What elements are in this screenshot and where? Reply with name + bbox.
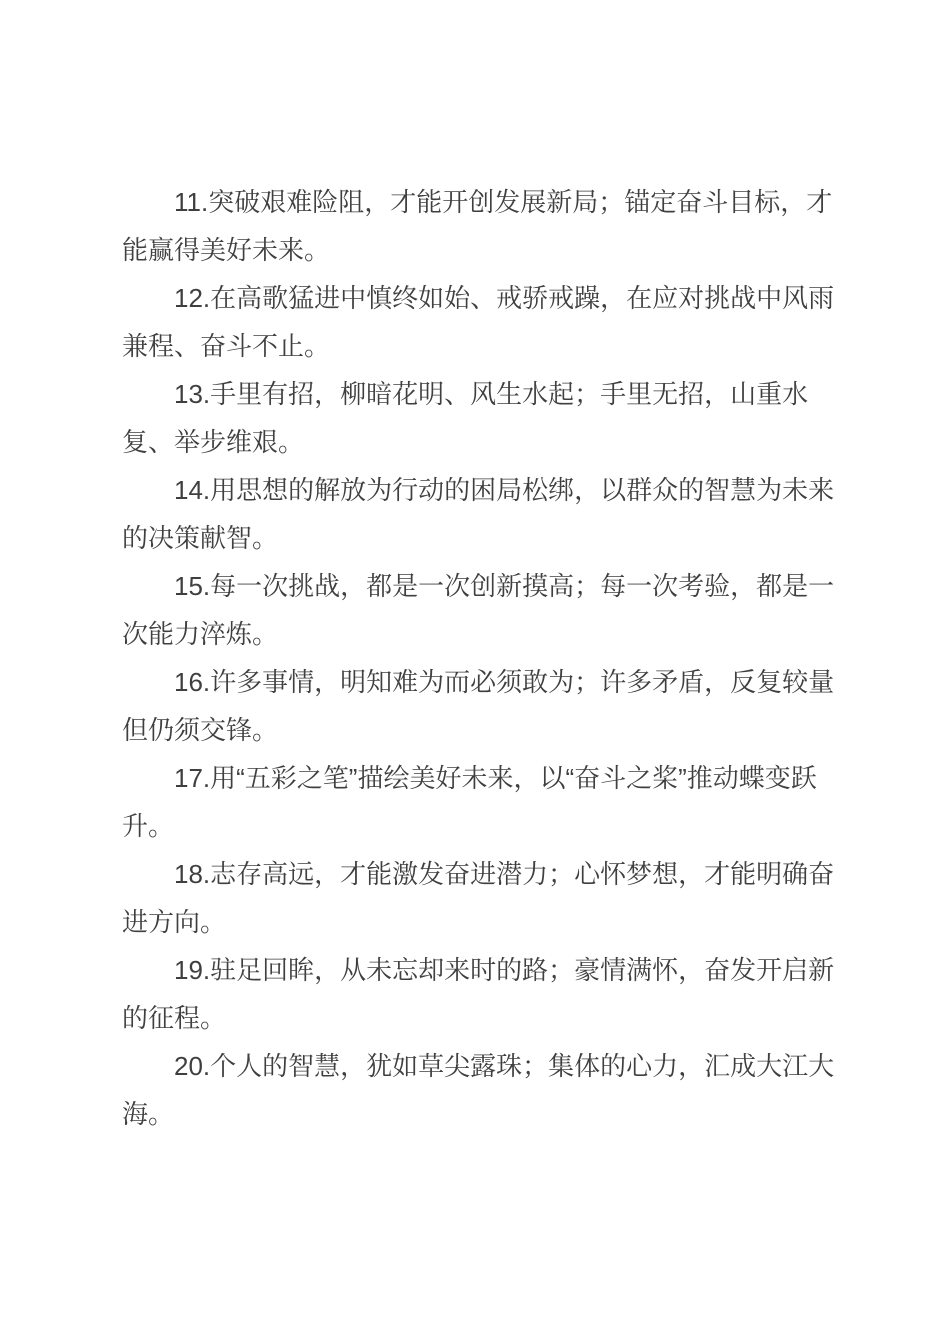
paragraph-item-20: 20.个人的智慧，犹如草尖露珠；集体的心力，汇成大江大海。 [122, 1042, 836, 1138]
paragraph-item-19: 19.驻足回眸，从未忘却来时的路；豪情满怀，奋发开启新的征程。 [122, 946, 836, 1042]
paragraph-item-12: 12.在高歌猛进中慎终如始、戒骄戒躁，在应对挑战中风雨兼程、奋斗不止。 [122, 274, 836, 370]
paragraph-item-18: 18.志存高远，才能激发奋进潜力；心怀梦想，才能明确奋进方向。 [122, 850, 836, 946]
paragraph-item-17: 17.用“五彩之笔”描绘美好未来，以“奋斗之桨”推动蝶变跃升。 [122, 754, 836, 850]
document-body: 11.突破艰难险阻，才能开创发展新局；锚定奋斗目标，才能赢得美好未来。 12.在… [122, 178, 836, 1138]
paragraph-item-15: 15.每一次挑战，都是一次创新摸高；每一次考验，都是一次能力淬炼。 [122, 562, 836, 658]
document-page: 11.突破艰难险阻，才能开创发展新局；锚定奋斗目标，才能赢得美好未来。 12.在… [0, 0, 950, 1344]
paragraph-item-11: 11.突破艰难险阻，才能开创发展新局；锚定奋斗目标，才能赢得美好未来。 [122, 178, 836, 274]
paragraph-item-16: 16.许多事情，明知难为而必须敢为；许多矛盾，反复较量但仍须交锋。 [122, 658, 836, 754]
paragraph-item-14: 14.用思想的解放为行动的困局松绑，以群众的智慧为未来的决策献智。 [122, 466, 836, 562]
paragraph-item-13: 13.手里有招，柳暗花明、风生水起；手里无招，山重水复、举步维艰。 [122, 370, 836, 466]
